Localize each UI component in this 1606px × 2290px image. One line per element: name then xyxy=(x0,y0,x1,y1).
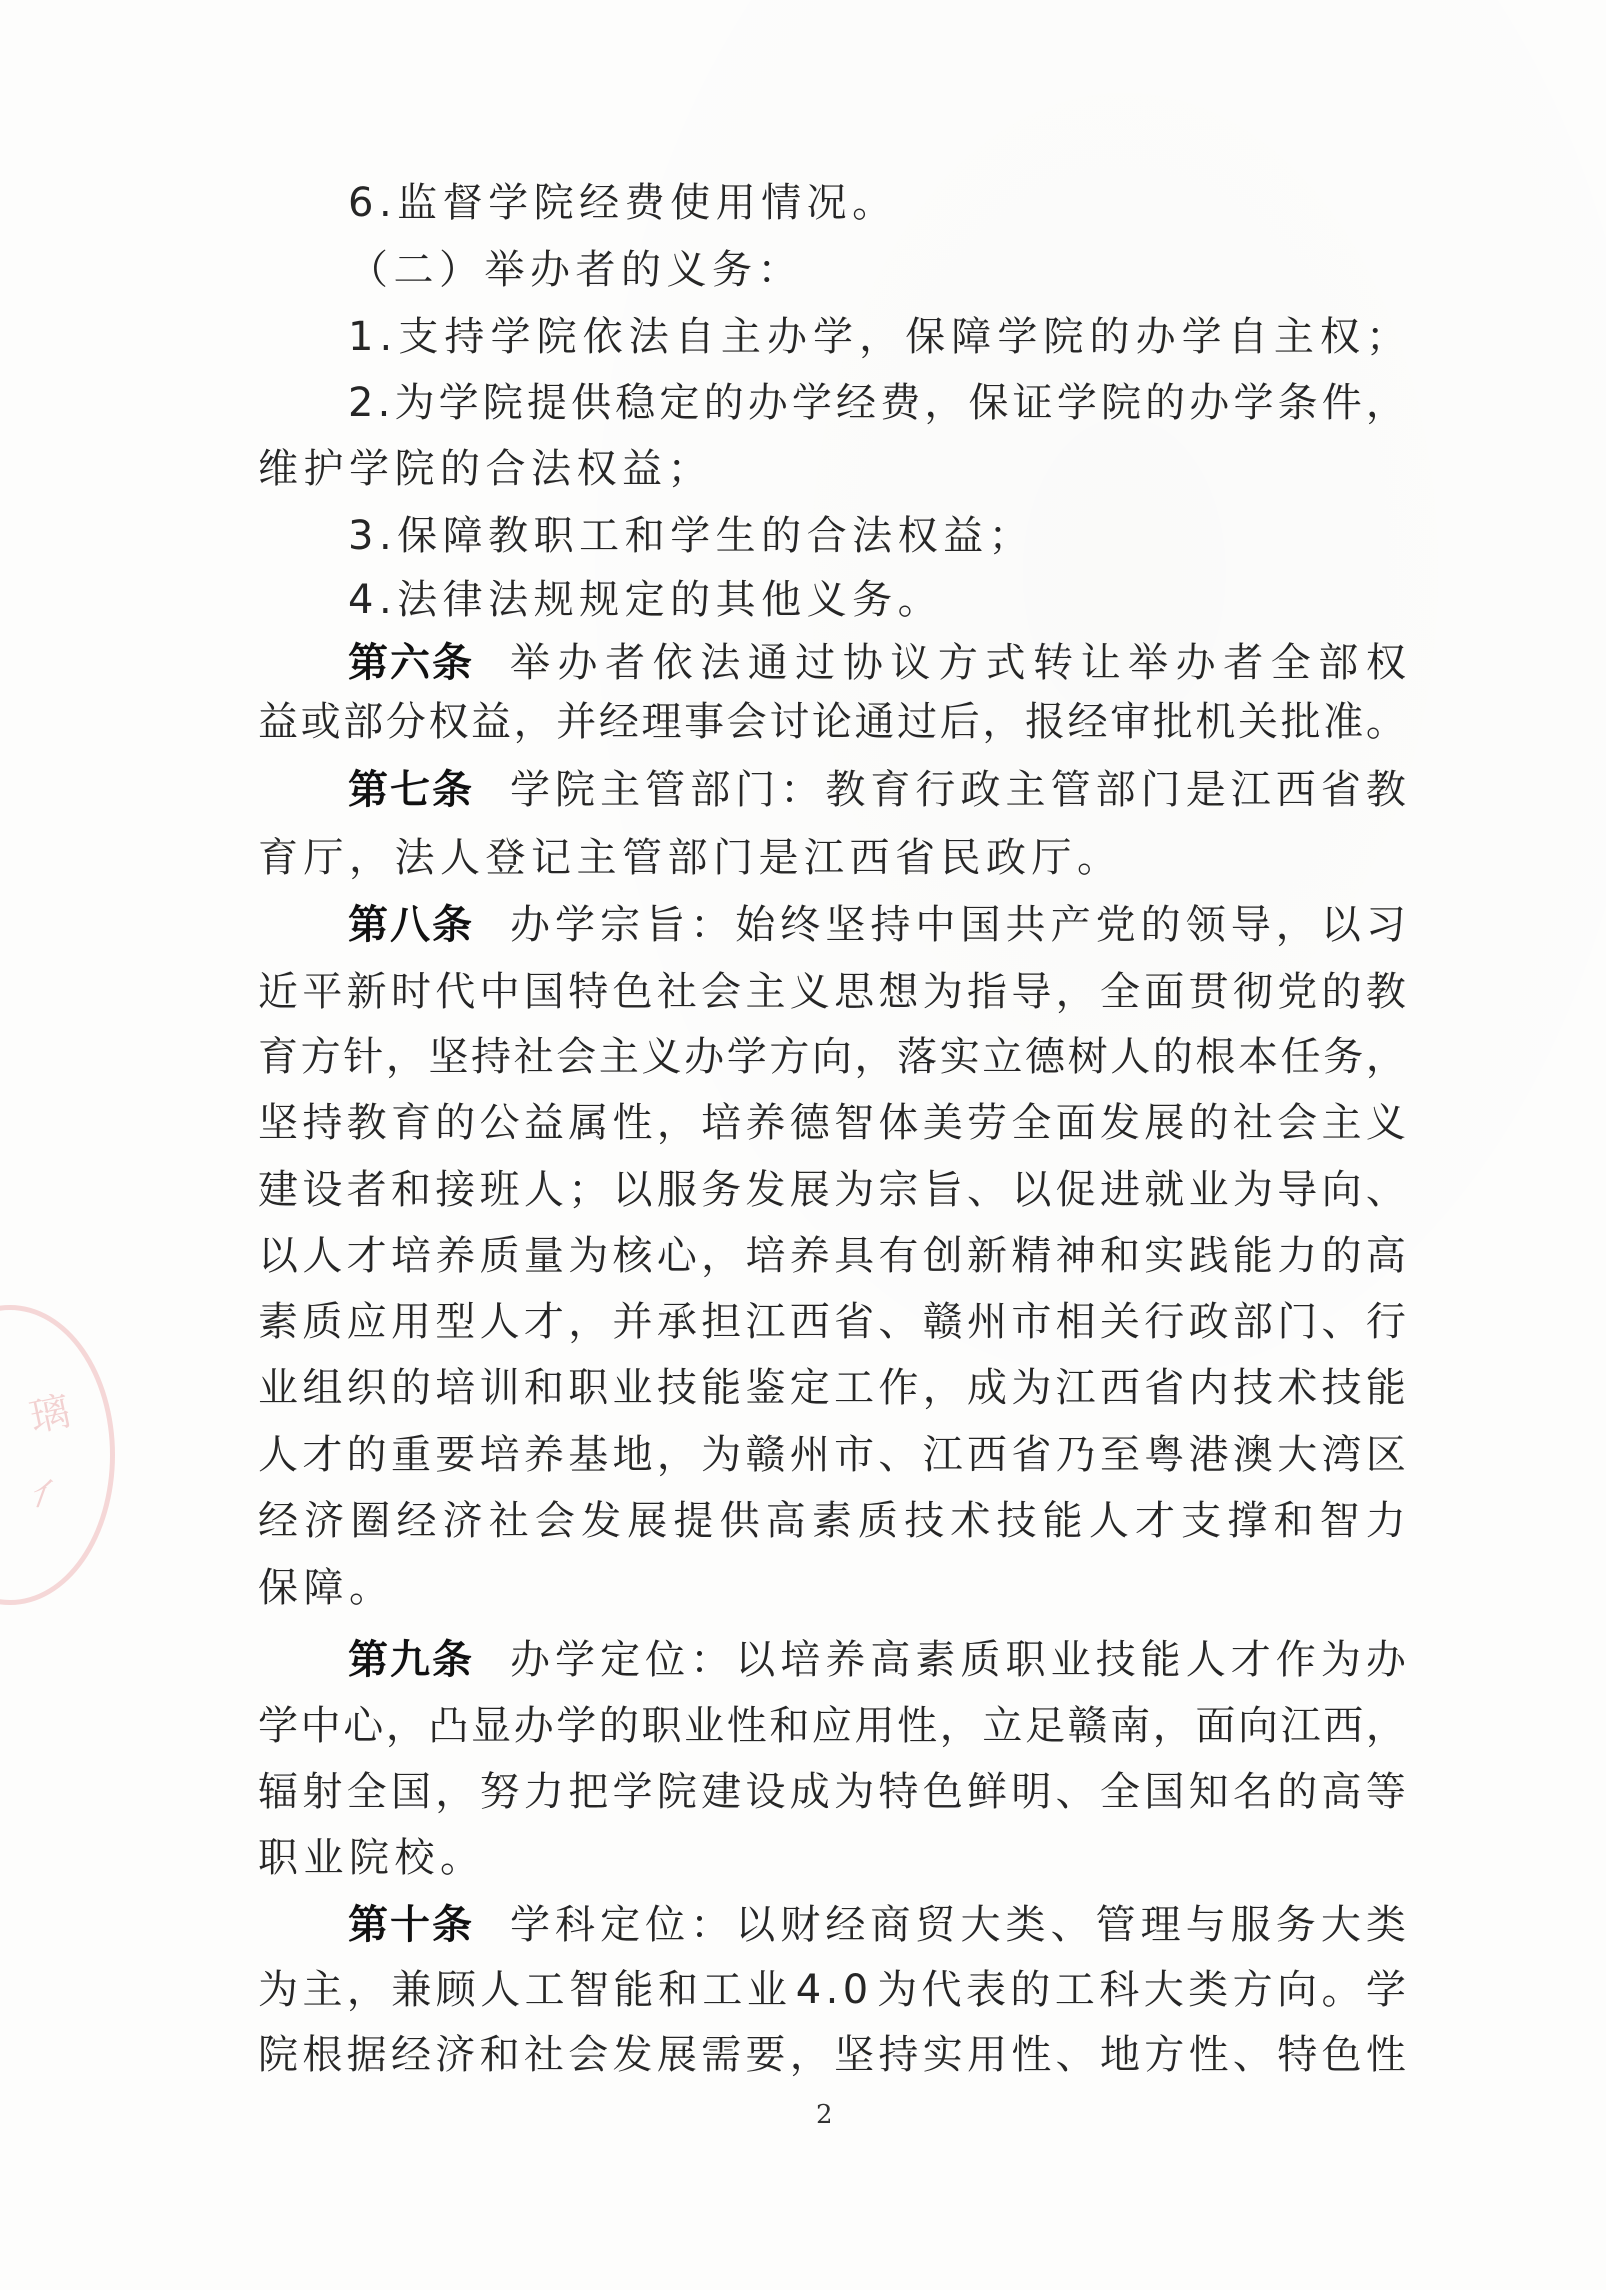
text-line: 育方针，坚持社会主义办学方向，落实立德树人的根本任务， xyxy=(258,1024,1406,1090)
text-line: 育厅，法人登记主管部门是江西省民政厅。 xyxy=(258,825,1406,891)
text-line: 坚持教育的公益属性，培养德智体美劳全面发展的社会主义 xyxy=(258,1090,1406,1156)
text-line: （二）举办者的义务： xyxy=(348,237,1406,303)
article-heading: 第九条 xyxy=(348,1627,474,1693)
article-heading: 第七条 xyxy=(348,757,474,823)
red-seal-stamp xyxy=(0,1305,115,1605)
line-text: 学院主管部门：教育行政主管部门是江西省教 xyxy=(510,757,1406,823)
text-line: 为主，兼顾人工智能和工业 4.0 为代表的工科大类方向。学 xyxy=(258,1957,1406,2023)
line-text: 坚持教育的公益属性，培养德智体美劳全面发展的社会主义 xyxy=(258,1090,1406,1156)
line-text: 学中心，凸显办学的职业性和应用性，立足赣南，面向江西， xyxy=(258,1693,1406,1759)
article-paragraph-line: 第七条学院主管部门：教育行政主管部门是江西省教 xyxy=(348,757,1406,823)
text-line: 3.保障教职工和学生的合法权益； xyxy=(348,503,1406,569)
line-text: 近平新时代中国特色社会主义思想为指导，全面贯彻党的教 xyxy=(258,959,1406,1025)
line-text: 4.法律法规规定的其他义务。 xyxy=(348,577,943,623)
line-text: 建设者和接班人；以服务发展为宗旨、以促进就业为导向、 xyxy=(258,1157,1406,1223)
text-line: 学中心，凸显办学的职业性和应用性，立足赣南，面向江西， xyxy=(258,1693,1406,1759)
line-text: 人才的重要培养基地，为赣州市、江西省乃至粤港澳大湾区 xyxy=(258,1422,1406,1488)
text-line: 4.法律法规规定的其他义务。 xyxy=(348,567,1406,633)
text-line: 益或部分权益，并经理事会讨论通过后，报经审批机关批准。 xyxy=(258,689,1406,755)
line-text: 6.监督学院经费使用情况。 xyxy=(348,180,898,226)
line-text: 经济圈经济社会发展提供高素质技术技能人才支撑和智力 xyxy=(258,1488,1406,1554)
line-text: 素质应用型人才，并承担江西省、赣州市相关行政部门、行 xyxy=(258,1289,1406,1355)
text-line: 人才的重要培养基地，为赣州市、江西省乃至粤港澳大湾区 xyxy=(258,1422,1406,1488)
line-text: 保障。 xyxy=(258,1565,395,1611)
article-paragraph-line: 第九条办学定位：以培养高素质职业技能人才作为办 xyxy=(348,1627,1406,1693)
line-text: 学科定位：以财经商贸大类、管理与服务大类 xyxy=(510,1892,1406,1958)
line-text: 举办者依法通过协议方式转让举办者全部权 xyxy=(510,630,1406,696)
article-paragraph-line: 第六条举办者依法通过协议方式转让举办者全部权 xyxy=(348,630,1406,696)
line-text: 为主，兼顾人工智能和工业 4.0 为代表的工科大类方向。学 xyxy=(258,1957,1406,2023)
line-text: 职业院校。 xyxy=(258,1835,486,1881)
stamp-mark: 璃 xyxy=(26,1391,73,1438)
text-line: 素质应用型人才，并承担江西省、赣州市相关行政部门、行 xyxy=(258,1289,1406,1355)
text-line: 保障。 xyxy=(258,1555,1406,1621)
line-text: 院根据经济和社会发展需要，坚持实用性、地方性、特色性 xyxy=(258,2022,1406,2088)
text-line: 建设者和接班人；以服务发展为宗旨、以促进就业为导向、 xyxy=(258,1157,1406,1223)
document-page: 璃 亻 6.监督学院经费使用情况。（二）举办者的义务：1.支持学院依法自主办学，… xyxy=(0,0,1606,2290)
line-text: 3.保障教职工和学生的合法权益； xyxy=(348,513,1034,559)
page-number: 2 xyxy=(816,2100,833,2130)
line-text: 辐射全国，努力把学院建设成为特色鲜明、全国知名的高等 xyxy=(258,1759,1406,1825)
text-line: 6.监督学院经费使用情况。 xyxy=(348,170,1406,236)
line-text: （二）举办者的义务： xyxy=(348,247,803,293)
text-line: 2.为学院提供稳定的办学经费，保证学院的办学条件， xyxy=(348,370,1406,436)
article-paragraph-line: 第十条学科定位：以财经商贸大类、管理与服务大类 xyxy=(348,1892,1406,1958)
line-text: 1.支持学院依法自主办学，保障学院的办学自主权； xyxy=(348,304,1406,370)
text-line: 1.支持学院依法自主办学，保障学院的办学自主权； xyxy=(348,304,1406,370)
line-text: 益或部分权益，并经理事会讨论通过后，报经审批机关批准。 xyxy=(258,689,1406,755)
article-heading: 第十条 xyxy=(348,1892,474,1958)
text-line: 以人才培养质量为核心，培养具有创新精神和实践能力的高 xyxy=(258,1223,1406,1289)
text-line: 职业院校。 xyxy=(258,1825,1406,1891)
text-line: 辐射全国，努力把学院建设成为特色鲜明、全国知名的高等 xyxy=(258,1759,1406,1825)
text-line: 维护学院的合法权益； xyxy=(258,436,1406,502)
text-line: 近平新时代中国特色社会主义思想为指导，全面贯彻党的教 xyxy=(258,959,1406,1025)
line-text: 2.为学院提供稳定的办学经费，保证学院的办学条件， xyxy=(348,370,1406,436)
article-paragraph-line: 第八条办学宗旨：始终坚持中国共产党的领导，以习 xyxy=(348,892,1406,958)
line-text: 育厅，法人登记主管部门是江西省民政厅。 xyxy=(258,835,1123,881)
line-text: 办学宗旨：始终坚持中国共产党的领导，以习 xyxy=(510,892,1406,958)
text-line: 业组织的培训和职业技能鉴定工作，成为江西省内技术技能 xyxy=(258,1355,1406,1421)
line-text: 维护学院的合法权益； xyxy=(258,446,713,492)
text-line: 经济圈经济社会发展提供高素质技术技能人才支撑和智力 xyxy=(258,1488,1406,1554)
article-heading: 第八条 xyxy=(348,892,474,958)
line-text: 以人才培养质量为核心，培养具有创新精神和实践能力的高 xyxy=(258,1223,1406,1289)
line-text: 育方针，坚持社会主义办学方向，落实立德树人的根本任务， xyxy=(258,1024,1406,1090)
line-text: 业组织的培训和职业技能鉴定工作，成为江西省内技术技能 xyxy=(258,1355,1406,1421)
text-line: 院根据经济和社会发展需要，坚持实用性、地方性、特色性 xyxy=(258,2022,1406,2088)
line-text: 办学定位：以培养高素质职业技能人才作为办 xyxy=(510,1627,1406,1693)
article-heading: 第六条 xyxy=(348,630,474,696)
